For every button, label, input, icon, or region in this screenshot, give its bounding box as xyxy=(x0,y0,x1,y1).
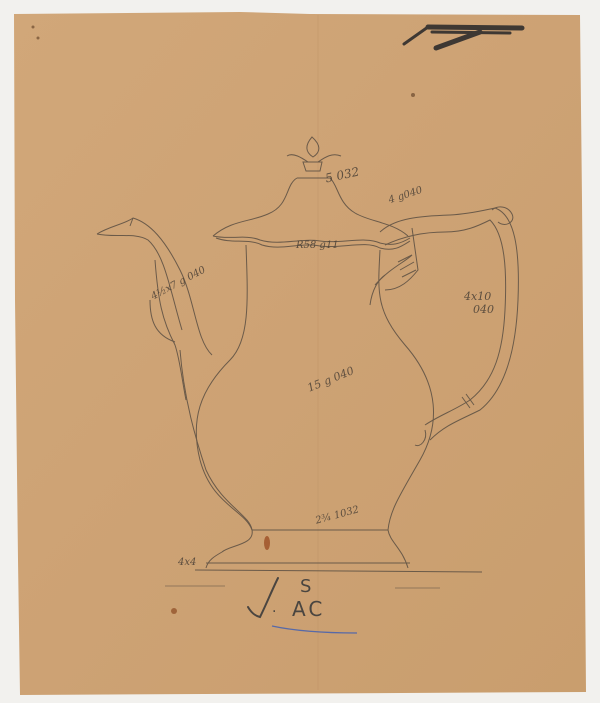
signature-initials: AC xyxy=(292,597,325,621)
signature-s: S xyxy=(300,576,311,597)
annotation-handle-1: 4x10 xyxy=(464,290,491,303)
annotation-handle-2: 040 xyxy=(473,303,494,316)
rust-stain xyxy=(264,536,270,550)
annotation-base: 4x4 xyxy=(178,557,196,568)
signature-dot: . xyxy=(272,600,276,616)
annotation-lid-rim: R58 g11 xyxy=(296,240,339,251)
